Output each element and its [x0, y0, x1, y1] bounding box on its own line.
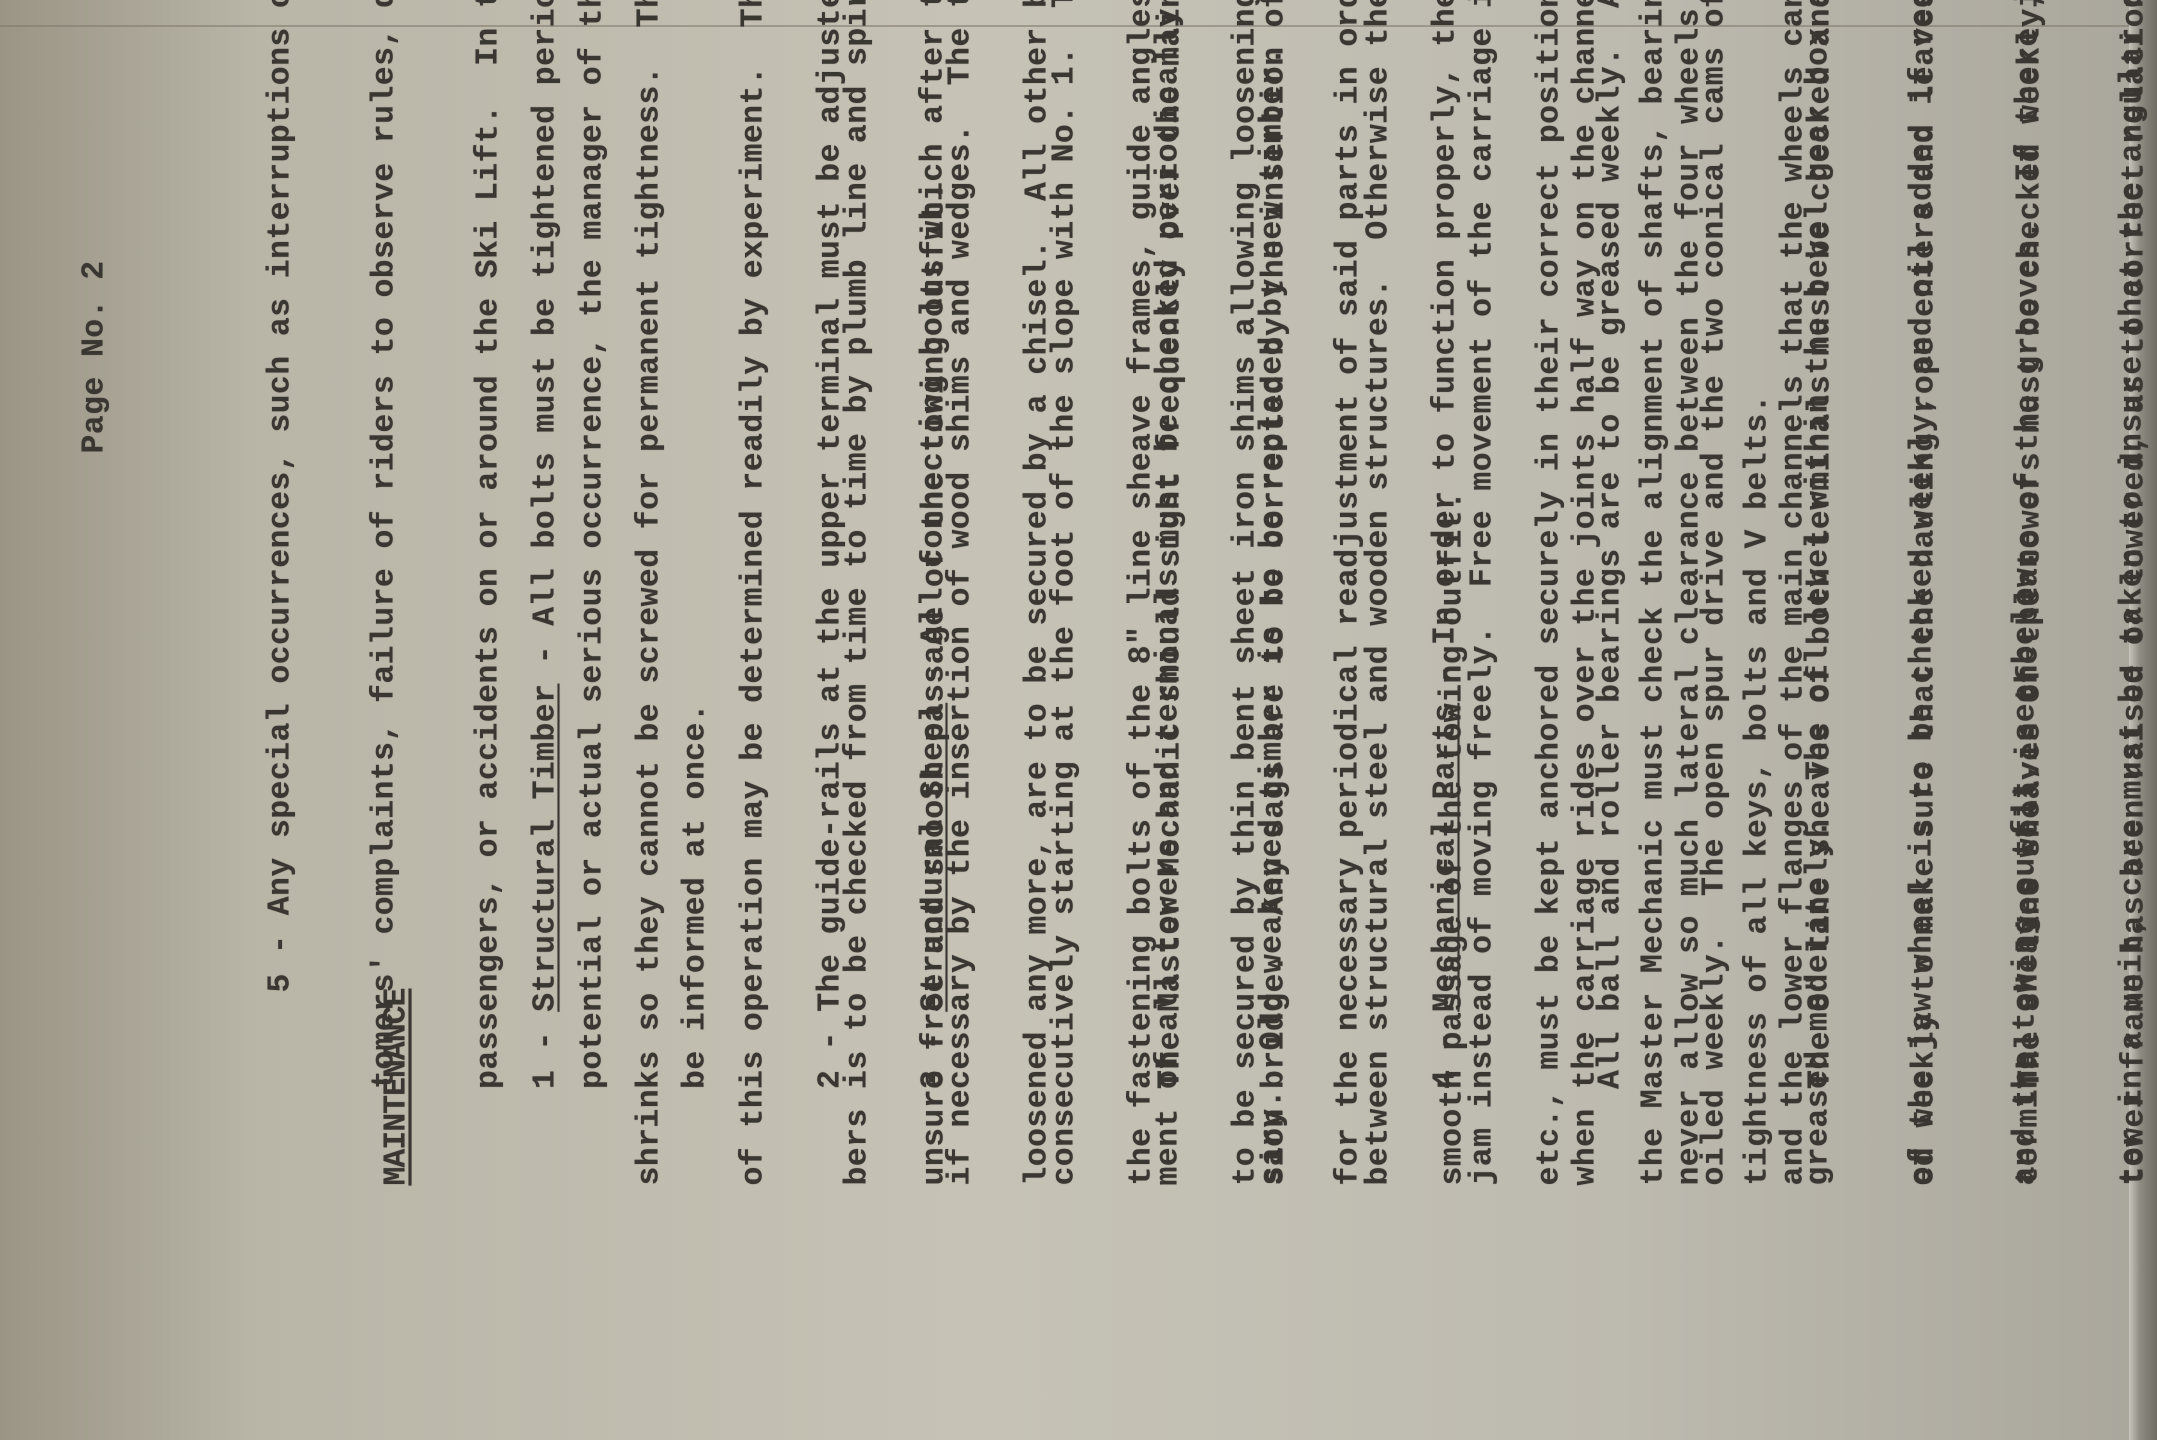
text-line: 1 - Structural Timber - All bolts must b…	[529, 35, 564, 1185]
text-line: All ball and roller bearings are to be g…	[1594, 35, 1629, 1185]
text-line: shrinks so they cannot be screwed for pe…	[633, 35, 668, 1185]
text-line: oiled weekly. The open spur drive and th…	[1698, 35, 1733, 1185]
text-line: The Master Mechanic should sight frequen…	[1154, 35, 1189, 1185]
text-line: 4 - Mechanical Parts - In order to funct…	[1429, 35, 1464, 1185]
text-span: - All connecting bolts which after the e…	[916, 0, 951, 702]
typewritten-page: Page No. 2 5 - Any special occurrences, …	[0, 0, 2157, 1440]
text-line: 3 - Structural Steel - All connecting bo…	[917, 35, 952, 1185]
item-number: 1 -	[528, 1011, 563, 1185]
item-title: Mechanical Parts	[1428, 702, 1463, 1011]
item-title: Structural Steel	[916, 702, 951, 1011]
text-line: 5 - Any special occurrences, such as int…	[264, 35, 299, 1185]
text-line: ed weekly to make sure that the hauling …	[1908, 35, 1943, 1185]
tower-sheaves-paragraph: The 8" line sheaves of the towers must b…	[1945, 35, 2157, 1185]
text-span: - All bolts must be tightened periodical…	[528, 0, 563, 683]
text-span: - In order to function properly, the mot…	[1428, 0, 1463, 702]
text-line: The 8" line sheaves of both terminals mu…	[1804, 35, 1839, 1185]
section-heading-maintenance: MAINTENANCE	[380, 988, 415, 1185]
text-line: The 8" line sheaves of the towers must b…	[2014, 35, 2049, 1185]
item-title: Structural Timber	[528, 683, 563, 1011]
item-number: 3 -	[916, 1011, 951, 1185]
text-line: tower frame has been raised or lowered, …	[2118, 35, 2153, 1185]
stray-mark	[1060, 995, 1065, 1000]
page-number: Page No. 2	[78, 260, 113, 453]
text-line: 2 - The guide-rails at the upper termina…	[814, 35, 849, 1185]
text-line: sion bridge. Any sags are to be correcte…	[1258, 35, 1293, 1185]
item-number: 4 -	[1428, 1011, 1463, 1185]
text-line: loosened any more, are to be secured by …	[1021, 35, 1056, 1185]
